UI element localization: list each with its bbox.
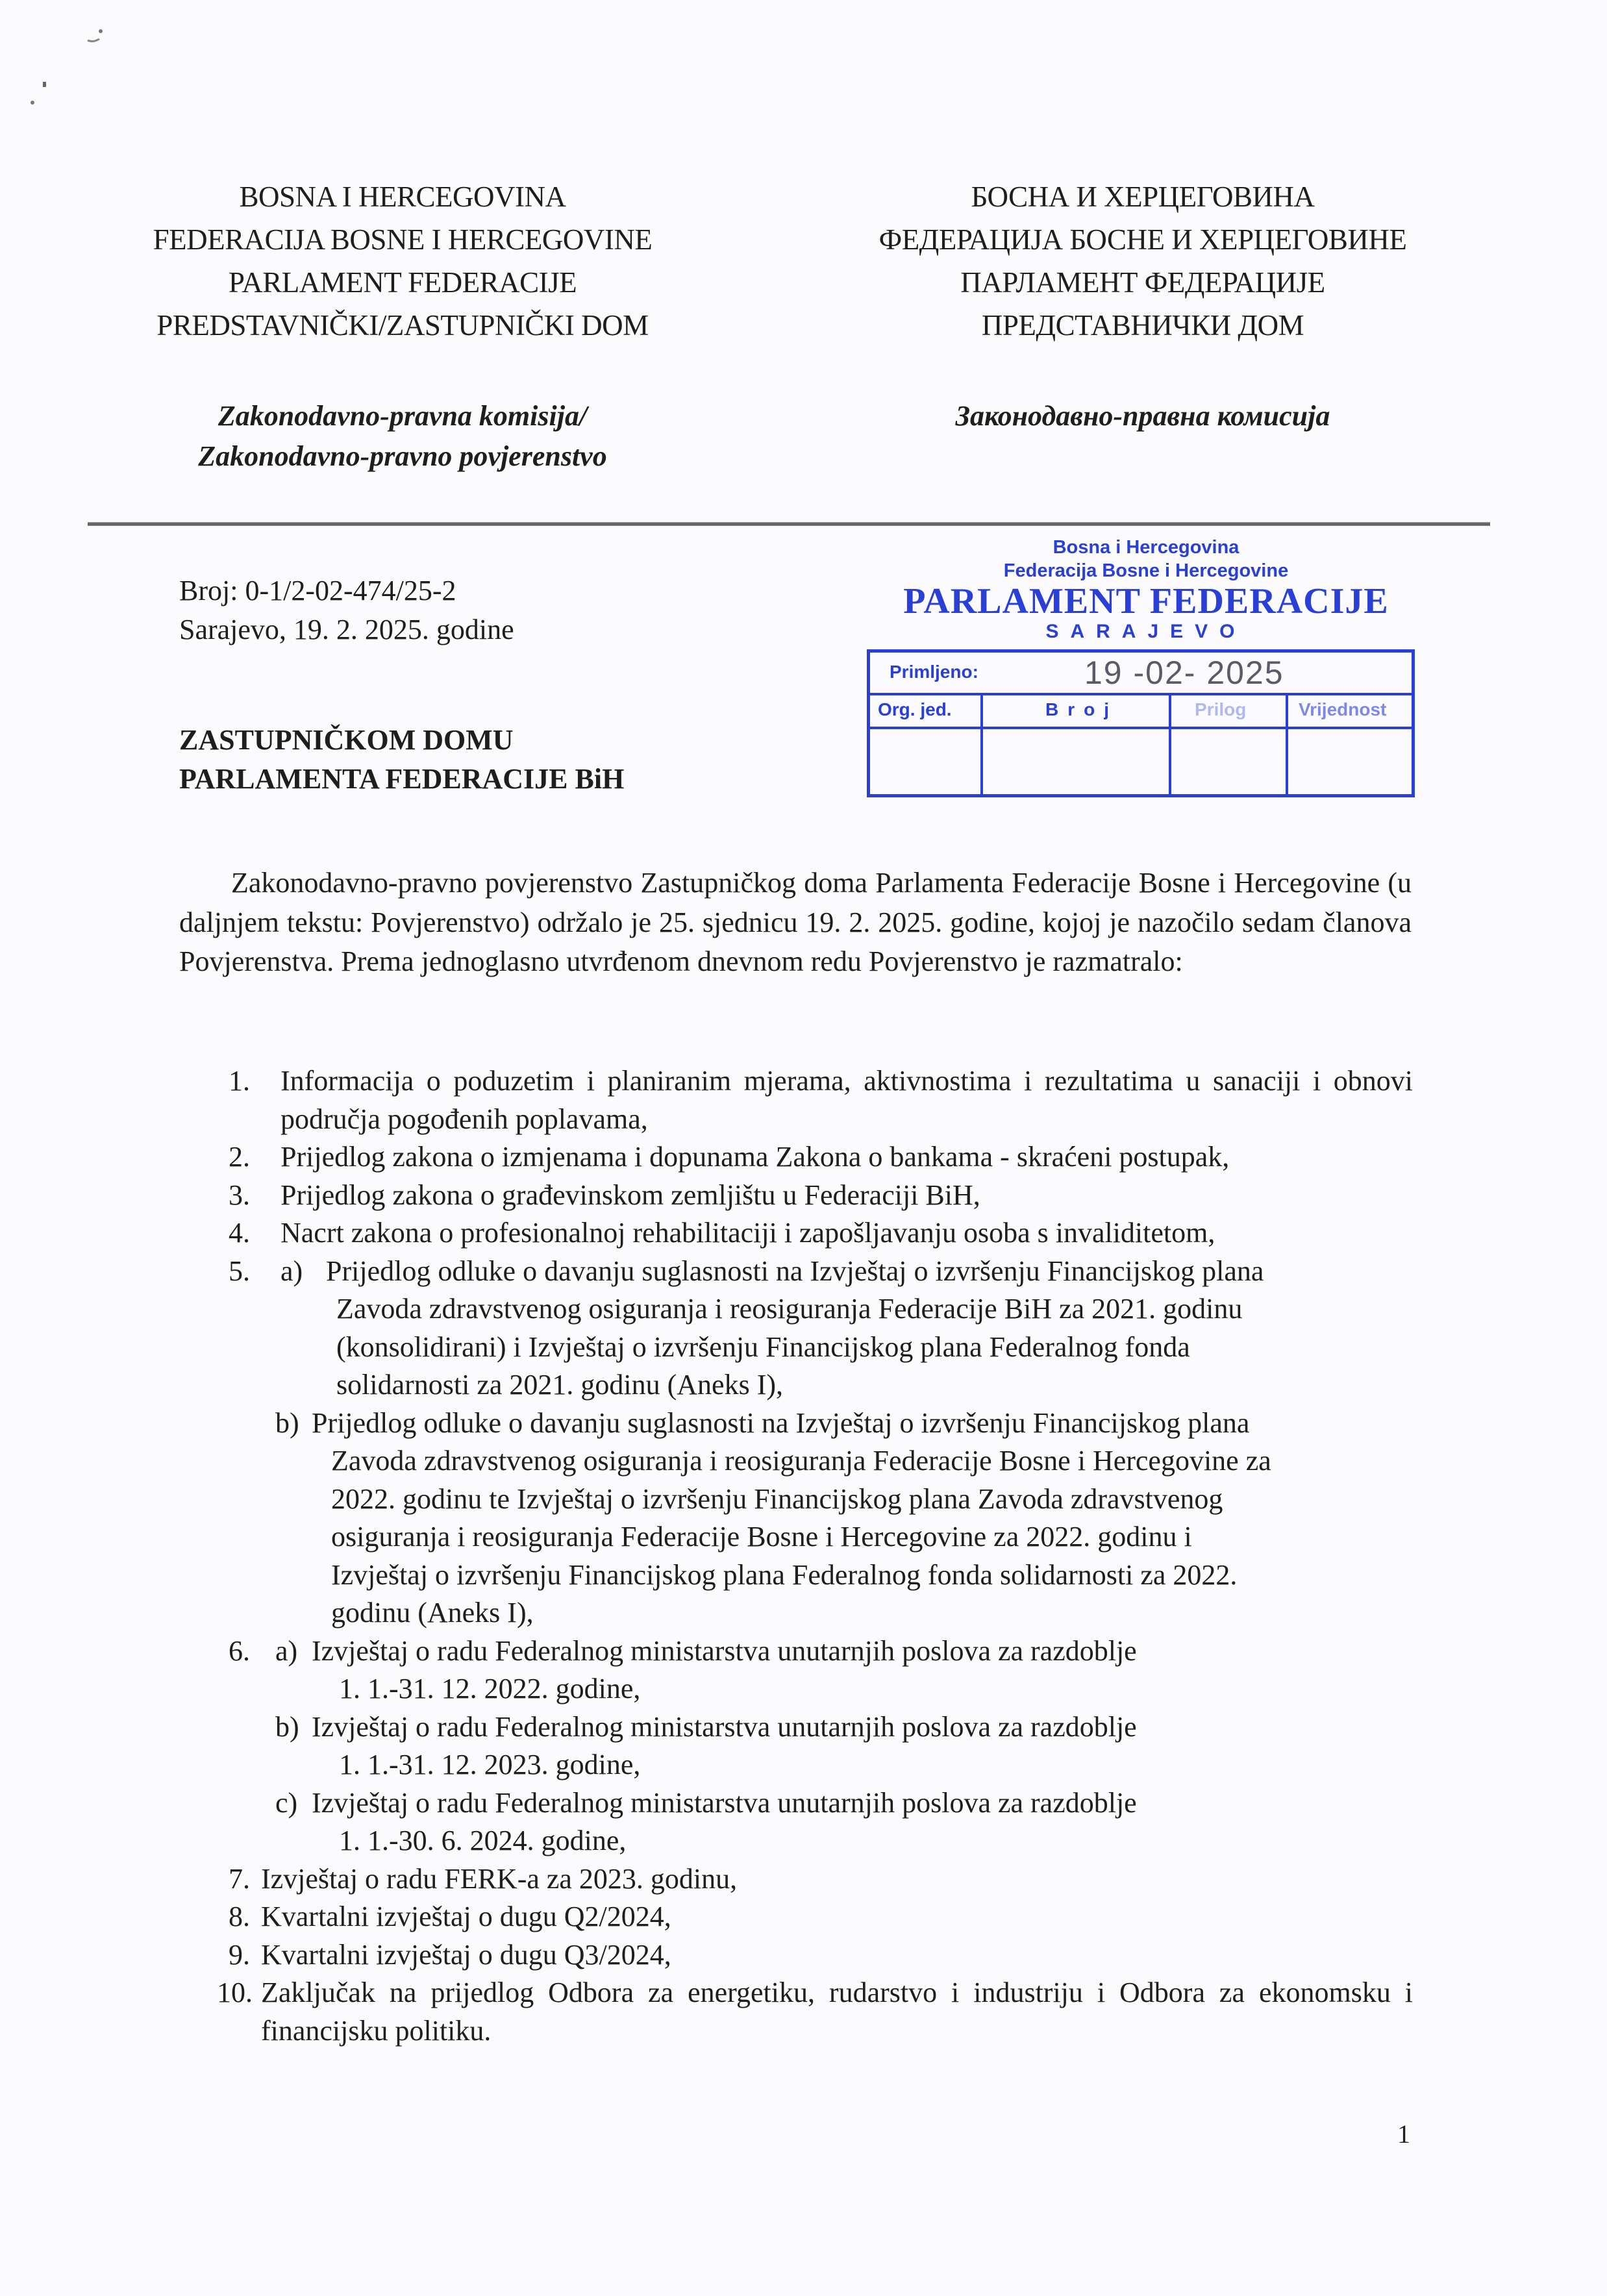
subitem-line: Zavoda zdravstvenog osiguranja i reosigu… (321, 1442, 1413, 1480)
header-cyrillic: БОСНА И ХЕРЦЕГОВИНА ФЕДЕРАЦИЈА БОСНЕ И Х… (838, 175, 1448, 347)
subitem-line: Prijedlog odluke o davanju suglasnosti n… (312, 1404, 1413, 1443)
commission-line: Zakonodavno-pravna komisija/ (97, 396, 708, 436)
received-date: 19 -02- 2025 (1084, 654, 1284, 692)
item-text: Informacija o poduzetim i planiranim mje… (280, 1062, 1413, 1138)
subitem-line: Izvještaj o radu Federalnog ministarstva… (312, 1632, 1413, 1671)
addressee-line: PARLAMENTA FEDERACIJE BiH (179, 760, 624, 799)
item-text: Zaključak na prijedlog Odbora za energet… (261, 1974, 1413, 2050)
subitem-label: c) (275, 1784, 297, 1823)
addressee: ZASTUPNIČKOM DOMU PARLAMENTA FEDERACIJE … (179, 721, 624, 799)
subitem-line: (konsolidirani) i Izvještaj o izvršenju … (326, 1329, 1413, 1367)
subitem-line: solidarnosti za 2021. godinu (Aneks I), (326, 1366, 1413, 1404)
reception-stamp: Bosna i Hercegovina Federacija Bosne i H… (867, 536, 1425, 804)
stamp-received-row: Primljeno: 19 -02- 2025 (870, 653, 1412, 695)
agenda-subitem: b) Izvještaj o radu Federalnog ministars… (275, 1708, 1413, 1784)
item-number: 4. (229, 1214, 280, 1253)
subitem-label: b) (275, 1404, 299, 1443)
header-latin: BOSNA I HERCEGOVINA FEDERACIJA BOSNE I H… (97, 175, 708, 347)
agenda-item: 3. Prijedlog zakona o građevinskom zemlj… (179, 1177, 1413, 1215)
stamp-column-divider (1169, 693, 1171, 794)
reference-block: Broj: 0-1/2-02-474/25-2 Sarajevo, 19. 2.… (179, 571, 514, 649)
agenda-item: 4. Nacrt zakona o profesionalnoj rehabil… (179, 1214, 1413, 1253)
stamp-col-org: Org. jed. (878, 699, 952, 720)
header-line: ПРЕДСТАВНИЧКИ ДОМ (838, 304, 1448, 347)
stamp-col-attachment: Prilog (1195, 699, 1246, 720)
subitem-line: 1. 1.-31. 12. 2022. godine, (321, 1670, 1413, 1708)
item-text: Prijedlog zakona o građevinskom zemljišt… (280, 1177, 1413, 1215)
agenda-item: 9. Kvartalni izvještaj o dugu Q3/2024, (179, 1936, 1413, 1975)
item-text: Nacrt zakona o profesionalnoj rehabilita… (280, 1214, 1413, 1253)
subitem-line: godinu (Aneks I), (321, 1594, 1413, 1632)
subitem-label: a) (280, 1253, 303, 1291)
header-line: FEDERACIJA BOSNE I HERCEGOVINE (97, 218, 708, 261)
item-number: 3. (229, 1177, 280, 1215)
place-date: Sarajevo, 19. 2. 2025. godine (179, 610, 514, 649)
commission-name-latin: Zakonodavno-pravna komisija/ Zakonodavno… (97, 396, 708, 477)
subitem-line: Zavoda zdravstvenog osiguranja i reosigu… (326, 1290, 1413, 1329)
item-number: 8. (229, 1898, 280, 1936)
commission-line: Zakonodavno-pravno povjerenstvo (97, 436, 708, 477)
agenda-item: 1. Informacija o poduzetim i planiranim … (179, 1062, 1413, 1138)
item-number: 1. (229, 1062, 280, 1101)
agenda-subitem: a) Prijedlog odluke o davanju suglasnost… (280, 1253, 1413, 1404)
subitem-line: Izvještaj o radu Federalnog ministarstva… (312, 1784, 1413, 1823)
subitem-label: a) (275, 1632, 297, 1671)
item-text: Prijedlog zakona o izmjenama i dopunama … (280, 1138, 1413, 1177)
subitem-label: b) (275, 1708, 299, 1747)
agenda-item: 10. Zaključak na prijedlog Odbora za ene… (179, 1974, 1413, 2050)
item-text: Kvartalni izvještaj o dugu Q3/2024, (261, 1936, 1413, 1975)
header-line: ФЕДЕРАЦИЈА БОСНЕ И ХЕРЦЕГОВИНЕ (838, 218, 1448, 261)
subitem-line: Izvještaj o radu Federalnog ministarstva… (312, 1708, 1413, 1747)
item-number: 6. (229, 1632, 280, 1671)
stamp-column-divider (980, 693, 983, 794)
agenda-item: 2. Prijedlog zakona o izmjenama i dopuna… (179, 1138, 1413, 1177)
received-label: Primljeno: (890, 662, 978, 682)
item-number: 9. (229, 1936, 280, 1975)
agenda-subitem: b) Prijedlog odluke o davanju suglasnost… (275, 1404, 1413, 1632)
commission-line: Законодавно-правна комисија (838, 396, 1448, 436)
subitem-line: Prijedlog odluke o davanju suglasnosti n… (326, 1253, 1413, 1291)
item-number: 10. (217, 1974, 269, 2012)
item-number: 5. (229, 1253, 280, 1291)
reference-number: Broj: 0-1/2-02-474/25-2 (179, 571, 514, 610)
agenda-subitem: c) Izvještaj o radu Federalnog ministars… (275, 1784, 1413, 1860)
item-number: 7. (229, 1860, 280, 1899)
item-number: 2. (229, 1138, 280, 1177)
header-line: PREDSTAVNIČKI/ZASTUPNIČKI DOM (97, 304, 708, 347)
stamp-city: SARAJEVO (867, 621, 1425, 643)
stamp-table: Primljeno: 19 -02- 2025 Org. jed. Broj P… (867, 649, 1415, 797)
subitem-line: 1. 1.-31. 12. 2023. godine, (321, 1746, 1413, 1784)
header-line: ПАРЛАМЕНТ ФЕДЕРАЦИЈЕ (838, 261, 1448, 304)
addressee-line: ZASTUPNIČKOM DOMU (179, 721, 624, 760)
stamp-line: Federacija Bosne i Hercegovine (867, 560, 1425, 582)
agenda-item: 6. a) Izvještaj o radu Federalnog minist… (179, 1632, 1413, 1860)
scan-specks (26, 26, 117, 117)
subitem-line: 2022. godinu te Izvještaj o izvršenju Fi… (321, 1480, 1413, 1519)
page-number: 1 (1397, 2119, 1410, 2149)
stamp-title: PARLAMENT FEDERACIJE (867, 580, 1425, 622)
subitem-line: Izvještaj o izvršenju Financijskog plana… (321, 1556, 1413, 1595)
header-divider (88, 522, 1490, 526)
stamp-line: Bosna i Hercegovina (867, 536, 1425, 558)
intro-paragraph: Zakonodavno-pravno povjerenstvo Zastupni… (179, 864, 1412, 982)
stamp-column-divider (1286, 693, 1288, 794)
stamp-col-number: Broj (1045, 699, 1118, 720)
item-text: Kvartalni izvještaj o dugu Q2/2024, (261, 1898, 1413, 1936)
agenda-item: 5. a) Prijedlog odluke o davanju suglasn… (179, 1253, 1413, 1632)
agenda-item: 8. Kvartalni izvještaj o dugu Q2/2024, (179, 1898, 1413, 1936)
subitem-line: osiguranja i reosiguranja Federacije Bos… (321, 1518, 1413, 1556)
header-line: БОСНА И ХЕРЦЕГОВИНА (838, 175, 1448, 218)
stamp-col-value: Vrijednost (1299, 699, 1386, 720)
header-line: BOSNA I HERCEGOVINA (97, 175, 708, 218)
subitem-line: 1. 1.-30. 6. 2024. godine, (321, 1822, 1413, 1860)
agenda-item: 7. Izvještaj o radu FERK-a za 2023. godi… (179, 1860, 1413, 1899)
item-text: Izvještaj o radu FERK-a za 2023. godinu, (261, 1860, 1413, 1899)
agenda-list: 1. Informacija o poduzetim i planiranim … (179, 1062, 1413, 2050)
agenda-subitem: a) Izvještaj o radu Federalnog ministars… (275, 1632, 1413, 1708)
header-line: PARLAMENT FEDERACIJE (97, 261, 708, 304)
commission-name-cyrillic: Законодавно-правна комисија (838, 396, 1448, 436)
